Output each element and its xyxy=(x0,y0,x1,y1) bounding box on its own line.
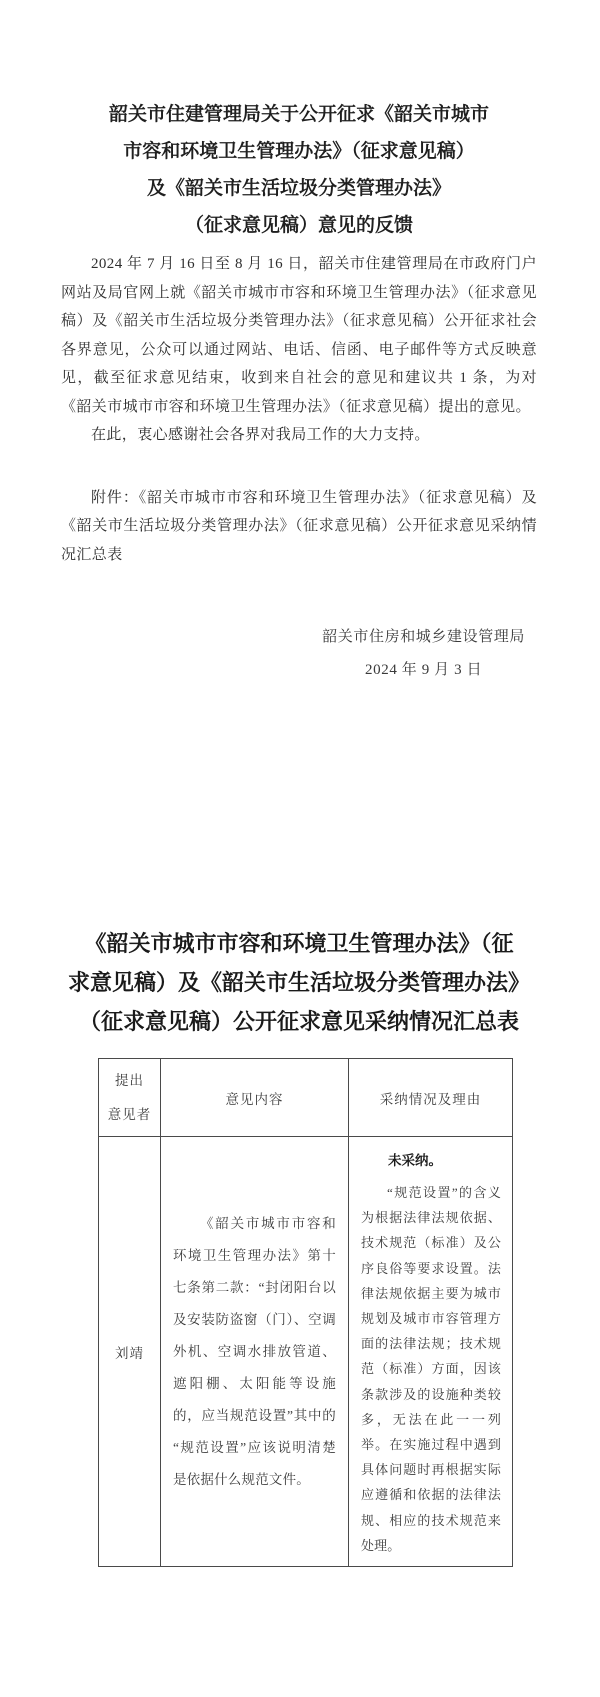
notice-paragraph-thanks: 在此，衷心感谢社会各界对我局工作的大力支持。 xyxy=(61,421,537,450)
cell-opinion: 《韶关市城市市容和环境卫生管理办法》第十七条第二款：“封闭阳台以及安装防盗窗（门… xyxy=(161,1137,349,1567)
notice-title: 韶关市住建管理局关于公开征求《韶关市城市 市容和环境卫生管理办法》（征求意见稿）… xyxy=(61,96,537,244)
signature-inner: 韶关市住房和城乡建设管理局 2024 年 9 月 3 日 xyxy=(322,621,525,687)
summary-table: 提出 意见者 意见内容 采纳情况及理由 刘靖 《韶关市城市市容和环境卫生管理办法… xyxy=(98,1058,513,1567)
header-result: 采纳情况及理由 xyxy=(349,1059,513,1137)
table-header-row: 提出 意见者 意见内容 采纳情况及理由 xyxy=(99,1059,513,1137)
cell-result: 未采纳。 “规范设置”的含义为根据法律法规依据、技术规范（标准）及公序良俗等要求… xyxy=(349,1137,513,1567)
cell-proposer-name: 刘靖 xyxy=(99,1137,161,1567)
summary-table-title: 《韶关市城市市容和环境卫生管理办法》（征 求意见稿）及《韶关市生活垃圾分类管理办… xyxy=(61,924,537,1041)
signature-block: 韶关市住房和城乡建设管理局 2024 年 9 月 3 日 xyxy=(61,621,537,687)
result-reason: “规范设置”的含义为根据法律法规依据、技术规范（标准）及公序良俗等要求设置。法律… xyxy=(361,1180,501,1558)
opinion-text: 《韶关市城市市容和环境卫生管理办法》第十七条第二款：“封闭阳台以及安装防盗窗（门… xyxy=(173,1208,336,1496)
result-status: 未采纳。 xyxy=(361,1148,501,1173)
notice-attachment: 附件：《韶关市城市市容和环境卫生管理办法》（征求意见稿）及《韶关市生活垃圾分类管… xyxy=(61,484,537,570)
signature-date: 2024 年 9 月 3 日 xyxy=(322,654,525,687)
table-row: 刘靖 《韶关市城市市容和环境卫生管理办法》第十七条第二款：“封闭阳台以及安装防盗… xyxy=(99,1137,513,1567)
notice-paragraph-1: 2024 年 7 月 16 日至 8 月 16 日，韶关市住建管理局在市政府门户… xyxy=(61,250,537,421)
header-opinion: 意见内容 xyxy=(161,1059,349,1137)
document-page: 韶关市住建管理局关于公开征求《韶关市城市 市容和环境卫生管理办法》（征求意见稿）… xyxy=(0,0,600,1697)
signature-organization: 韶关市住房和城乡建设管理局 xyxy=(322,621,525,654)
document-content: 韶关市住建管理局关于公开征求《韶关市城市 市容和环境卫生管理办法》（征求意见稿）… xyxy=(0,96,600,1567)
header-proposer: 提出 意见者 xyxy=(99,1059,161,1137)
